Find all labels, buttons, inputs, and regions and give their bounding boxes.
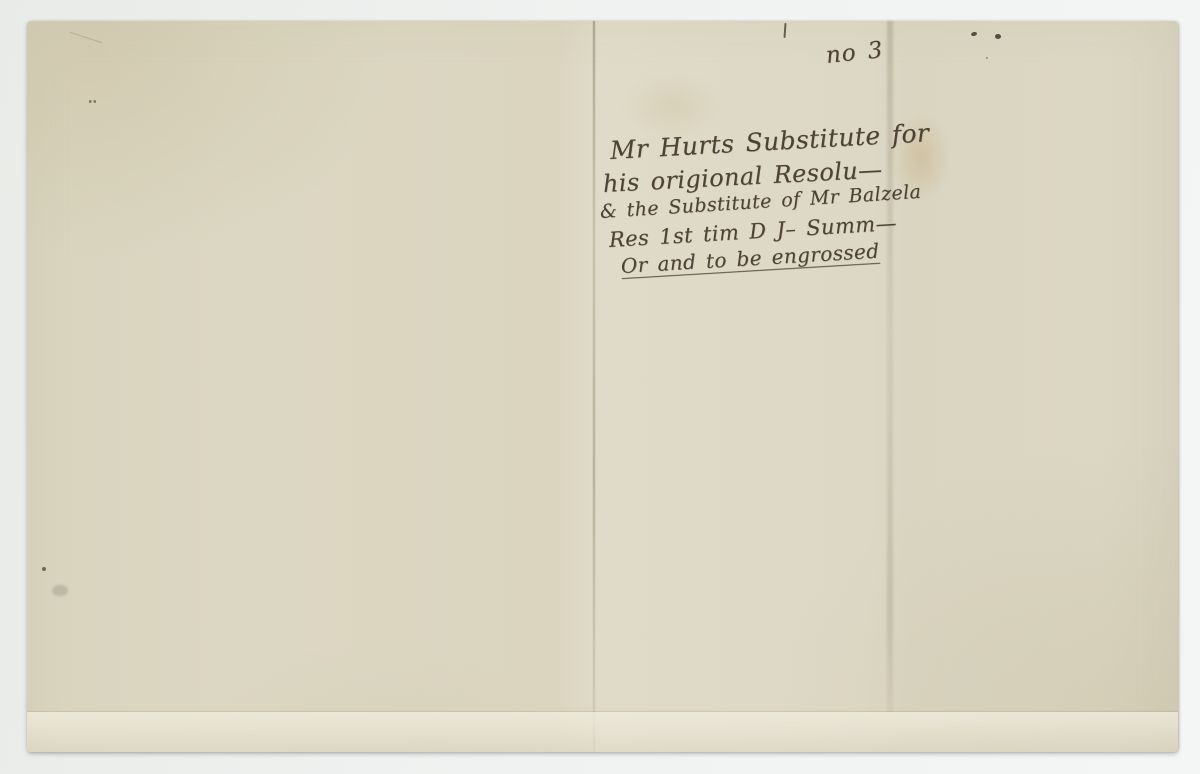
bottom-fold-band xyxy=(27,712,1178,752)
ink-speck xyxy=(986,57,988,59)
paper-scratch xyxy=(70,32,103,43)
ink-speck xyxy=(89,100,96,103)
ink-mark xyxy=(783,23,786,38)
ink-speck xyxy=(971,31,978,36)
ink-speck xyxy=(995,34,1001,39)
docket-number: no 3 xyxy=(825,37,885,69)
pencil-smudge xyxy=(52,585,68,596)
scan-background: no 3 Mr Hurts Substitute for his origion… xyxy=(0,0,1200,774)
vertical-fold-line-left xyxy=(593,21,595,752)
document-page: no 3 Mr Hurts Substitute for his origion… xyxy=(27,21,1178,752)
paper-stain xyxy=(623,73,723,139)
ink-speck xyxy=(42,567,46,571)
